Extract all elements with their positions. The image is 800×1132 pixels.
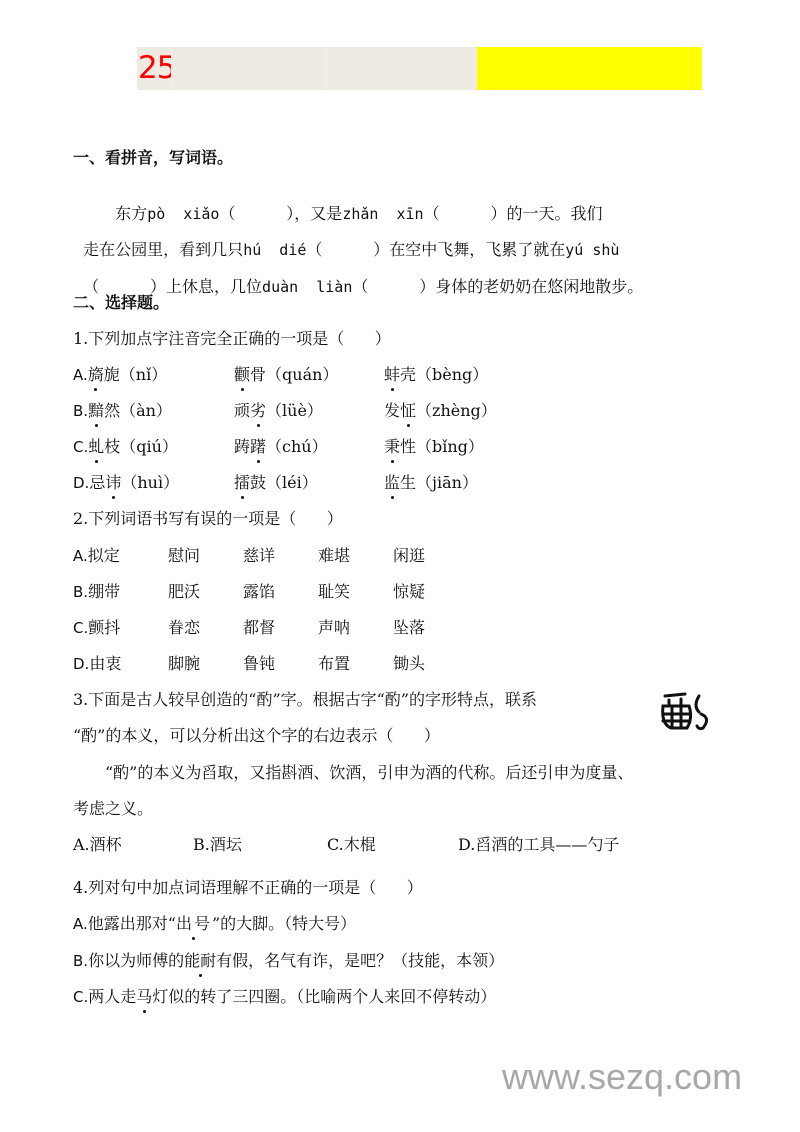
q1-option-c-item: 踌躇（chú）: [234, 437, 328, 457]
word: 惊疑: [393, 582, 425, 602]
section-2-title: 二、选择题。: [73, 293, 169, 313]
word: 难堪: [318, 546, 350, 566]
word: 坠落: [393, 618, 425, 638]
q2-option-d: D.由衷: [73, 654, 121, 674]
word: 露馅: [243, 582, 275, 602]
dotted-word: 能耐: [184, 951, 216, 971]
q4-stem: 4.列对句中加点词语理解不正确的一项是（ ）: [73, 878, 423, 898]
pinyin-line-2: 走在公园里，看到几只hú dié（ ）在空中飞舞，飞累了就在yú shù: [73, 220, 619, 260]
word: 都督: [243, 618, 275, 638]
lesson-number-cell: 25: [137, 47, 171, 90]
q3-option-d: D.舀酒的工具——勺子: [458, 835, 619, 855]
pinyin-line-3: （ ）上休息，几位duàn liàn（ ）身体的老奶奶在悠闲地散步。: [73, 257, 643, 297]
q1-option-d-item: 监生（jiān）: [384, 473, 478, 493]
q1-option-a-item: 蚌壳（bèng）: [384, 365, 488, 385]
q4-option-c: C.两人走马灯似的转了三四圈。（比喻两个人来回不停转动）: [73, 987, 496, 1007]
q1-option-c: C.虬枝（qiú）: [73, 437, 178, 457]
q1-option-b-item: 顽劣（lüè）: [234, 401, 323, 421]
q4-option-b: B.你以为师傅的能耐有假，名气有诈，是吧？（技能，本领）: [73, 951, 504, 971]
q3-option-a: A.酒杯: [73, 835, 122, 855]
q2-option-b: B.绷带: [73, 582, 120, 602]
header-blank-cell: [326, 47, 477, 90]
q3-stem-line-2: “酌”的本义，可以分析出这个字的右边表示（ ）: [73, 726, 440, 746]
dotted-word: 出号: [176, 914, 212, 934]
word: 闲逛: [393, 546, 425, 566]
lesson-number: 25: [137, 47, 175, 90]
q2-option-c: C.颤抖: [73, 618, 120, 638]
word: 锄头: [393, 654, 425, 674]
q1-option-c-item: 秉性（bǐng）: [384, 437, 484, 457]
header-blank-cell: [171, 47, 326, 90]
q3-option-b: B.酒坛: [193, 835, 242, 855]
q1-option-b-item: 发怔（zhèng）: [384, 401, 497, 421]
q2-stem: 2.下列词语书写有误的一项是（ ）: [73, 509, 343, 529]
word: 慈详: [243, 546, 275, 566]
q1-option-a-item: 颧骨（quán）: [234, 365, 338, 385]
q1-option-a: A.旖旎（nǐ）: [73, 365, 167, 385]
pinyin-line-1: 东方pò xiǎo（ ），又是zhǎn xīn（ ）的一天。我们: [105, 184, 602, 224]
q2-option-a: A.拟定: [73, 546, 120, 566]
word: 布置: [318, 654, 350, 674]
blank: （ ）身体的老奶奶在悠闲地散步。: [352, 277, 643, 296]
q3-option-c: C.木棍: [327, 835, 376, 855]
q4-option-a: A.他露出那对“出号”的大脚。（特大号）: [73, 914, 356, 934]
q3-stem-line-1: 3.下面是古人较早创造的“酌”字。根据古字“酌”的字形特点，联系: [73, 690, 537, 710]
header-highlight-cell: [477, 47, 702, 90]
word: 慰问: [168, 546, 200, 566]
pinyin: duàn liàn: [262, 278, 352, 296]
word: 肥沃: [168, 582, 200, 602]
word: 鲁钝: [243, 654, 275, 674]
ancient-character-image: [657, 688, 713, 734]
q3-note-line-1: “酌”的本义为舀取，又指斟酒、饮酒，引申为酒的代称。后还引申为度量、: [105, 763, 633, 783]
header-bar: 25: [137, 47, 702, 90]
q3-note-line-2: 考虑之义。: [73, 799, 153, 819]
q1-stem: 1.下列加点字注音完全正确的一项是（ ）: [73, 329, 391, 349]
word: 眷恋: [168, 618, 200, 638]
word: 耻笑: [318, 582, 350, 602]
section-1-title: 一、看拼音，写词语。: [73, 148, 233, 168]
word: 声呐: [318, 618, 350, 638]
dotted-word: 走马灯: [120, 987, 168, 1007]
q1-option-d-item: 擂鼓（léi）: [234, 473, 318, 493]
q1-option-d: D.忌讳（huì）: [73, 473, 179, 493]
word: 脚腕: [168, 654, 200, 674]
watermark: www.sezq.com: [502, 1056, 742, 1098]
q1-option-b: B.黯然（àn）: [73, 401, 172, 421]
